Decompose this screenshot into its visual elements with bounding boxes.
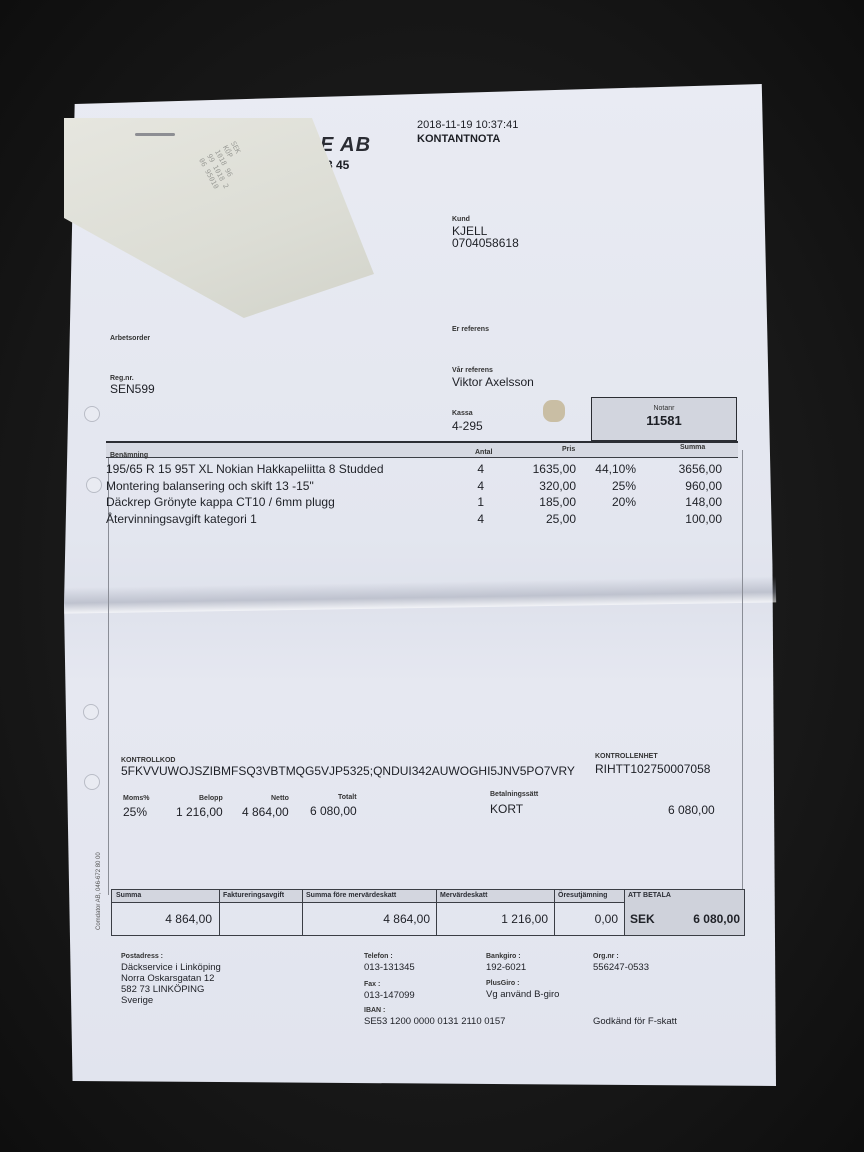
table-row: Montering balansering och skift 13 -15" …: [106, 478, 738, 495]
total-value: 6 080,00: [310, 804, 357, 818]
punch-hole: [84, 774, 100, 790]
totals-rounding-value: 0,00: [554, 904, 618, 934]
col-description: Benämning: [110, 452, 148, 459]
note-number-label: Notanr: [592, 405, 736, 412]
totals-col-to-pay: ATT BETALA: [624, 890, 671, 901]
punch-hole: [86, 477, 102, 493]
fax-value: 013-147099: [364, 990, 415, 1001]
payment-method-value: KORT: [490, 802, 523, 816]
till-label: Kassa: [452, 410, 473, 417]
staple: [135, 133, 175, 136]
totals-sum-value: 4 864,00: [112, 904, 212, 934]
payment-amount-value: 6 080,00: [668, 803, 715, 817]
totals-vat-value: 1 216,00: [436, 904, 548, 934]
vat-pct-label: Moms%: [123, 795, 149, 802]
your-reference-label: Er referens: [452, 326, 489, 333]
our-reference-label: Vår referens: [452, 367, 493, 374]
totals-table: Summa Faktureringsavgift Summa före merv…: [111, 889, 745, 936]
printer-side-text: Comdator AB, 046-672 80 00: [96, 852, 102, 930]
iban-value: SE53 1200 0000 0131 2110 0157: [364, 1016, 505, 1027]
postal-address: Däckservice i Linköping Norra Oskarsgata…: [121, 962, 221, 1006]
table-row: 195/65 R 15 95T XL Nokian Hakkapeliitta …: [106, 461, 738, 478]
postal-line: Norra Oskarsgatan 12: [121, 973, 221, 984]
fax-label: Fax :: [364, 981, 380, 988]
net-value: 4 864,00: [242, 805, 289, 819]
punch-hole: [84, 406, 100, 422]
control-code-value: 5FKVVUWOJSZIBMFSQ3VBTMQG5VJP5325;QNDUI34…: [121, 764, 575, 778]
vat-pct-value: 25%: [123, 805, 147, 819]
margin-line-right: [742, 450, 743, 890]
org-number-label: Org.nr :: [593, 953, 619, 960]
items-header-bar: [106, 443, 738, 458]
postal-address-label: Postadress :: [121, 953, 163, 960]
net-label: Netto: [271, 795, 289, 802]
note-number-value: 11581: [592, 413, 736, 428]
totals-col-before-vat: Summa före mervärdeskatt: [302, 890, 396, 901]
reg-number-value: SEN599: [110, 382, 155, 396]
plusgiro-value: Vg använd B-giro: [486, 989, 559, 1000]
receipt-datetime: 2018-11-19 10:37:41: [417, 119, 518, 131]
bankgiro-label: Bankgiro :: [486, 953, 521, 960]
customer-phone: 0704058618: [452, 236, 519, 250]
totals-col-vat: Mervärdeskatt: [436, 890, 487, 901]
vat-amount-label: Belopp: [199, 795, 223, 802]
table-row: Däckrep Grönyte kappa CT10 / 6mm plugg 1…: [106, 494, 738, 511]
items-list: 195/65 R 15 95T XL Nokian Hakkapeliitta …: [106, 461, 738, 527]
postal-line: 582 73 LINKÖPING: [121, 984, 221, 995]
bankgiro-value: 192-6021: [486, 962, 526, 973]
control-unit-value: RIHTT102750007058: [595, 762, 710, 776]
totals-before-vat-value: 4 864,00: [302, 904, 430, 934]
control-unit-label: KONTROLLENHET: [595, 753, 658, 760]
customer-label: Kund: [452, 216, 470, 223]
iban-label: IBAN :: [364, 1007, 385, 1014]
f-tax-approval: Godkänd för F-skatt: [593, 1016, 677, 1027]
phone-label: Telefon :: [364, 953, 393, 960]
our-reference-value: Viktor Axelsson: [452, 375, 534, 389]
currency-label: SEK: [630, 904, 670, 934]
totals-col-rounding: Öresutjämning: [554, 890, 607, 901]
postal-line: Däckservice i Linköping: [121, 962, 221, 973]
totals-col-sum: Summa: [112, 890, 141, 901]
phone-value: 013-131345: [364, 962, 415, 973]
vat-amount-value: 1 216,00: [176, 805, 223, 819]
org-number-value: 556247-0533: [593, 962, 649, 973]
totals-col-invoice-fee: Faktureringsavgift: [219, 890, 284, 901]
to-pay-value: 6 080,00: [672, 904, 740, 934]
note-number-box: Notanr 11581: [591, 397, 737, 441]
postal-line: Sverige: [121, 995, 221, 1006]
payment-method-label: Betalningssätt: [490, 791, 538, 798]
company-logo: E AB: [320, 134, 371, 157]
work-order-label: Arbetsorder: [110, 335, 150, 342]
col-quantity: Antal: [475, 449, 493, 456]
totals-invoice-fee-value: [219, 904, 297, 934]
document-title: KONTANTNOTA: [417, 133, 500, 145]
col-sum: Summa: [680, 444, 705, 451]
control-code-label: KONTROLLKOD: [121, 757, 175, 764]
table-row: Återvinningsavgift kategori 1 4 25,00 10…: [106, 511, 738, 528]
col-price: Pris: [562, 446, 575, 453]
total-label: Totalt: [338, 794, 357, 801]
punch-hole: [83, 704, 99, 720]
paper-stain: [543, 400, 565, 422]
till-value: 4-295: [452, 419, 483, 433]
reg-number-label: Reg.nr.: [110, 375, 134, 382]
plusgiro-label: PlusGiro :: [486, 980, 519, 987]
